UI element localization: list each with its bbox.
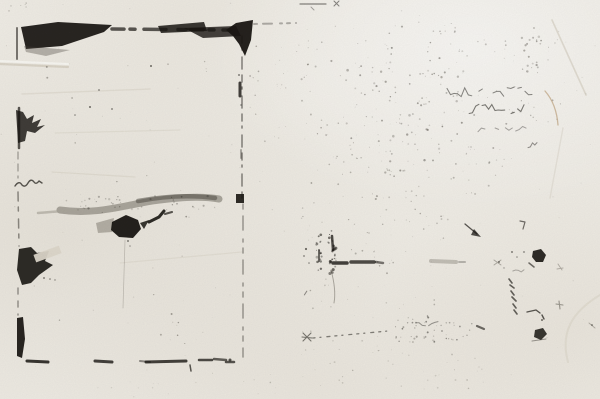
ink-marks-layer: [0, 0, 600, 399]
paper-texture-image: [0, 0, 600, 399]
paper-grain-overlay: [0, 0, 600, 399]
